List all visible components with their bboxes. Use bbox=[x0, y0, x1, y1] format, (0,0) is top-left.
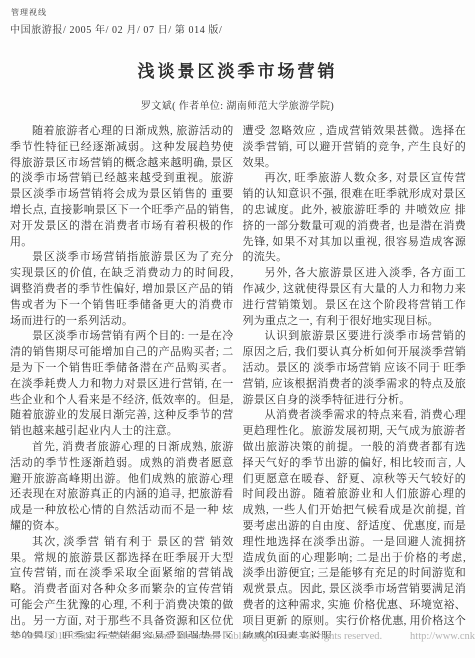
watermark-url: http://www.cnk bbox=[410, 631, 475, 642]
publication-line: 中国旅游报/ 2005 年/ 02 月/ 07 日/ 第 014 版/ bbox=[10, 21, 222, 36]
author-line: 罗文斌( 作者单位: 湖南师范大学旅游学院) bbox=[0, 97, 475, 112]
paragraph: 首先, 消费者旅游心理的日渐成熟, 旅游活动的季节性逐渐趋弱。成熟的消费者愿意避… bbox=[10, 440, 234, 535]
document-page: 管理视线 中国旅游报/ 2005 年/ 02 月/ 07 日/ 第 014 版/… bbox=[0, 0, 475, 658]
paragraph: 认识到旅游景区要进行淡季市场营销的原因之后, 我们要认真分析如何开展淡季营销活动… bbox=[243, 329, 467, 408]
copyright-watermark: © 1994-2012 China Academic Journal Elect… bbox=[12, 631, 475, 642]
article-title: 浅谈景区淡季市场营销 bbox=[0, 57, 475, 82]
paragraph: 随着旅游者心理的日渐成熟, 旅游活动的季节性特征已经逐渐减弱。这种发展趋势使得旅… bbox=[10, 124, 234, 250]
paragraph: 其次, 淡季营 销有利于 景区的营 销效果。常规的旅游景区都选择在旺季展开大型宣… bbox=[10, 535, 234, 638]
copyright-text: © 1994-2012 China Academic Journal Elect… bbox=[12, 631, 382, 642]
paragraph: 从消费者淡季需求的特点来看, 消费心理更趋理性化。旅游发展初期, 天气成为旅游者… bbox=[243, 408, 467, 638]
left-column: 随着旅游者心理的日渐成熟, 旅游活动的季节性特征已经逐渐减弱。这种发展趋势使得旅… bbox=[10, 124, 234, 638]
section-label: 管理视线 bbox=[11, 7, 47, 18]
paragraph: 景区淡季市场营销指旅游景区为了充分实现景区的价值, 在缺乏消费动力的时间段, 调… bbox=[10, 250, 234, 329]
right-column: 遭受 忽略效应 , 造成营销效果甚微。选择在淡季营销, 可以避开营销的竞争, 产… bbox=[243, 124, 467, 638]
paragraph: 景区淡季市场营销有两个目的: 一是在冷清的销售期尽可能增加自己的产品购买者; 二… bbox=[10, 329, 234, 440]
paragraph-continuation: 遭受 忽略效应 , 造成营销效果甚微。选择在淡季营销, 可以避开营销的竞争, 产… bbox=[243, 124, 467, 171]
article-body: 随着旅游者心理的日渐成熟, 旅游活动的季节性特征已经逐渐减弱。这种发展趋势使得旅… bbox=[10, 124, 466, 638]
paragraph: 再次, 旺季旅游人数众多, 对景区宣传营销的认知意识不强, 很难在旺季就形成对景… bbox=[243, 171, 467, 266]
paragraph: 另外, 各大旅游景区进入淡季, 各方面工作减少, 这就使得景区有大量的人力和物力… bbox=[243, 266, 467, 329]
